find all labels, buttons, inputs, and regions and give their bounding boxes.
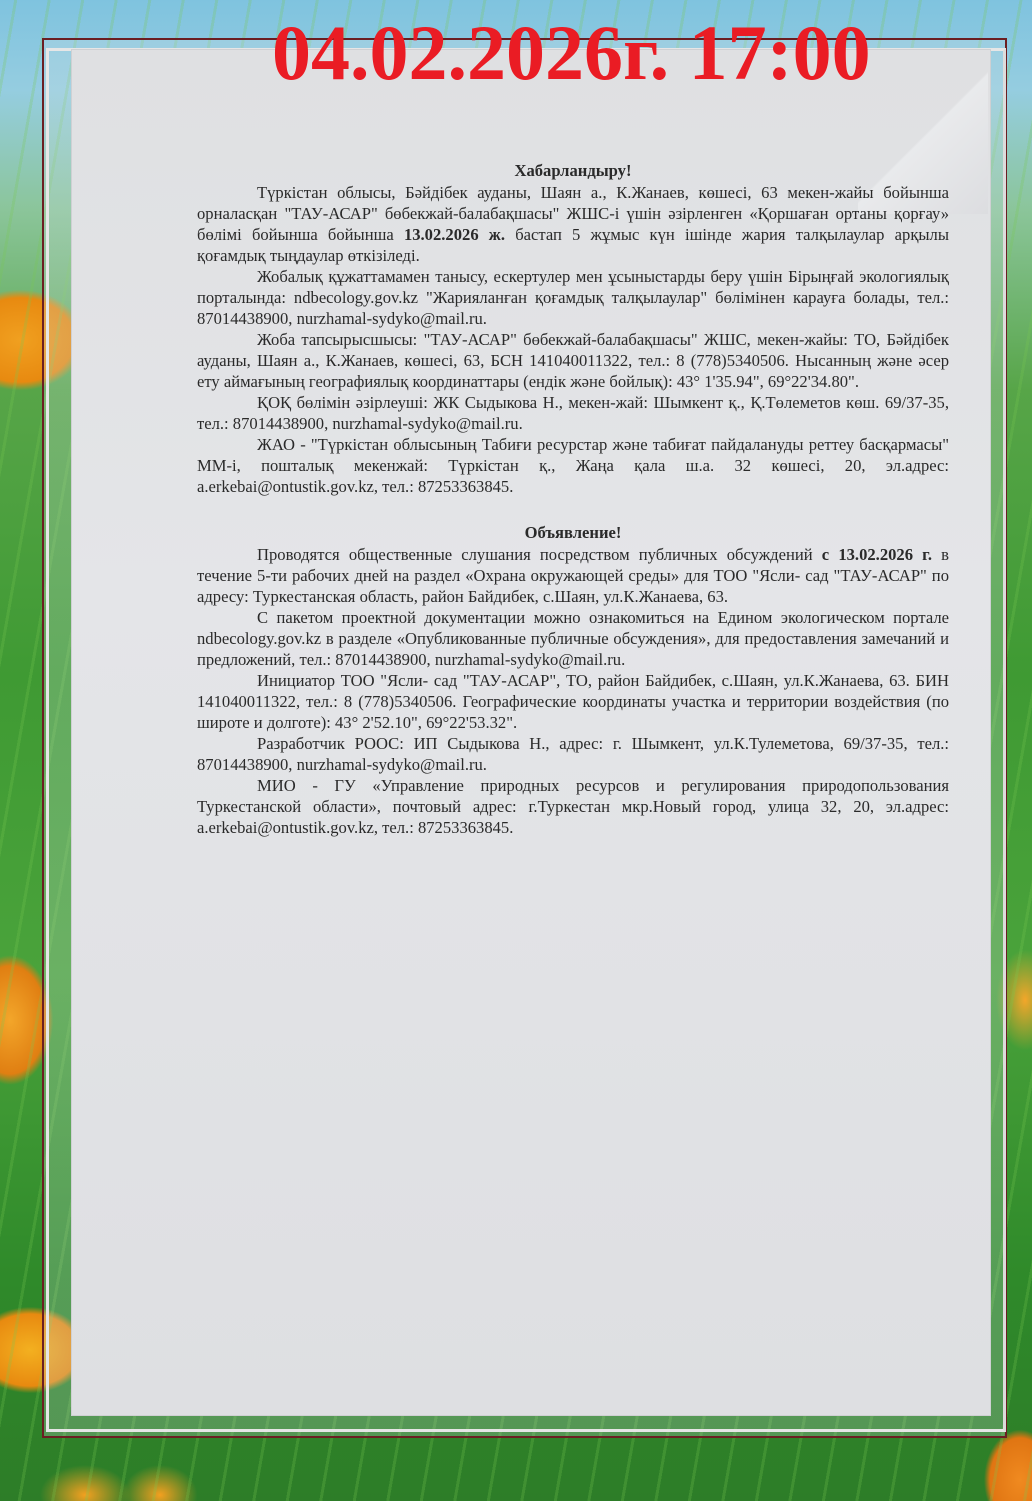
notice-paragraph: Инициатор ТОО "Ясли- сад "ТАУ-АСАР", ТО,… (197, 670, 949, 733)
notice-document: Хабарландыру! Түркістан облысы, Бәйдібек… (197, 160, 949, 838)
notice-paragraph: ЖАО - "Түркістан облысының Табиғи ресурс… (197, 434, 949, 497)
notice-paragraph: С пакетом проектной документации можно о… (197, 607, 949, 670)
notice-paragraph: Разработчик РООС: ИП Сыдыкова Н., адрес:… (197, 733, 949, 775)
kazakh-notice-body: Түркістан облысы, Бәйдібек ауданы, Шаян … (197, 182, 949, 497)
notice-paragraph: Жоба тапсырысшысы: "ТАУ-АСАР" бөбекжай-б… (197, 329, 949, 392)
notice-paragraph: ҚОҚ бөлімін әзірлеуші: ЖК Сыдыкова Н., м… (197, 392, 949, 434)
notice-paragraph: Түркістан облысы, Бәйдібек ауданы, Шаян … (197, 182, 949, 266)
russian-notice: Объявление! Проводятся общественные слуш… (197, 522, 949, 838)
russian-notice-body: Проводятся общественные слушания посредс… (197, 544, 949, 838)
notice-paragraph: МИО - ГУ «Управление природных ресурсов … (197, 775, 949, 838)
russian-notice-title: Объявление! (197, 522, 949, 543)
notice-paragraph: Проводятся общественные слушания посредс… (197, 544, 949, 607)
kazakh-notice-title: Хабарландыру! (197, 160, 949, 181)
kazakh-notice: Хабарландыру! Түркістан облысы, Бәйдібек… (197, 160, 949, 497)
notice-paragraph: Жобалық құжаттамамен танысу, ескертулер … (197, 266, 949, 329)
timestamp-overlay: 04.02.2026г. 17:00 (272, 8, 871, 98)
